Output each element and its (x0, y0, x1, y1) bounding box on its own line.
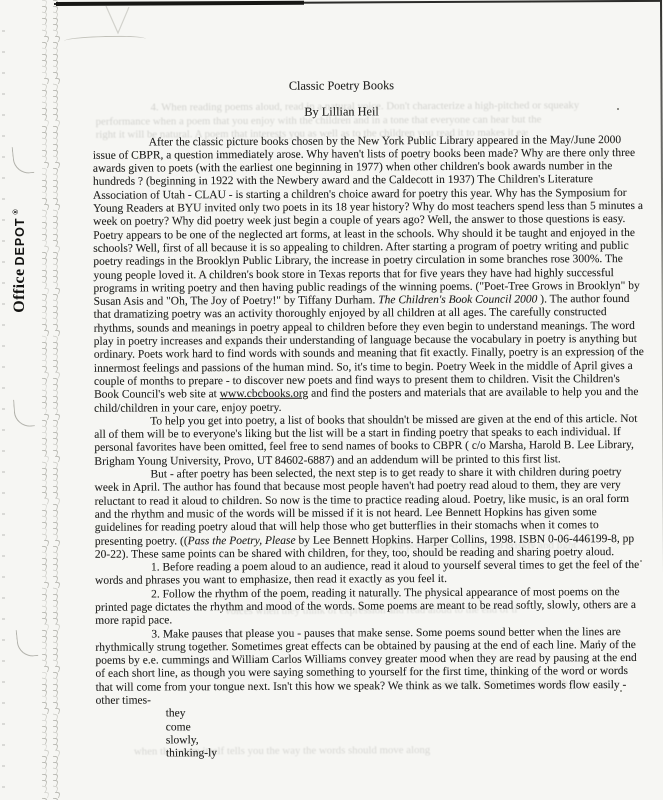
paragraph: 1. Before reading a poem aloud to an aud… (95, 559, 647, 588)
document-byline: By Lillian Heil (66, 104, 618, 120)
paper-sheet: 4. When reading poems aloud, read in a n… (54, 0, 663, 800)
brand-office-text: Office (11, 269, 29, 313)
binder-edge-specks (2, 30, 5, 790)
stanza-line: thinking-ly (166, 745, 648, 761)
registered-mark-icon: ® (13, 209, 20, 214)
office-depot-logo: Office DEPOT ® (11, 197, 33, 325)
document-title: Classic Poetry Books (65, 78, 617, 94)
paragraph: 3. Make pauses that please you - pauses … (95, 625, 647, 708)
scanned-page: Office DEPOT ® 4. When reading poems alo… (0, 0, 663, 800)
paragraph: After the classic picture books chosen b… (93, 134, 646, 416)
binding-coil-mark (13, 398, 35, 427)
brand-depot-text: DEPOT (13, 217, 27, 265)
document-content: Classic Poetry Books By Lillian Heil Aft… (92, 78, 648, 761)
paragraph: But - after poetry has been selected, th… (94, 466, 646, 562)
paragraph: To help you get into poetry, a list of b… (94, 413, 646, 469)
binding-coil-mark (12, 145, 35, 175)
bleed-through-layer: 4. When reading poems aloud, read in a n… (54, 2, 662, 5)
body-paragraphs: After the classic picture books chosen b… (93, 134, 648, 709)
paragraph: 2. Follow the rhythm of the poem, readin… (95, 586, 647, 629)
binding-coil-mark (16, 628, 39, 658)
stanza: theycomeslowly,thinking-ly (96, 705, 648, 761)
